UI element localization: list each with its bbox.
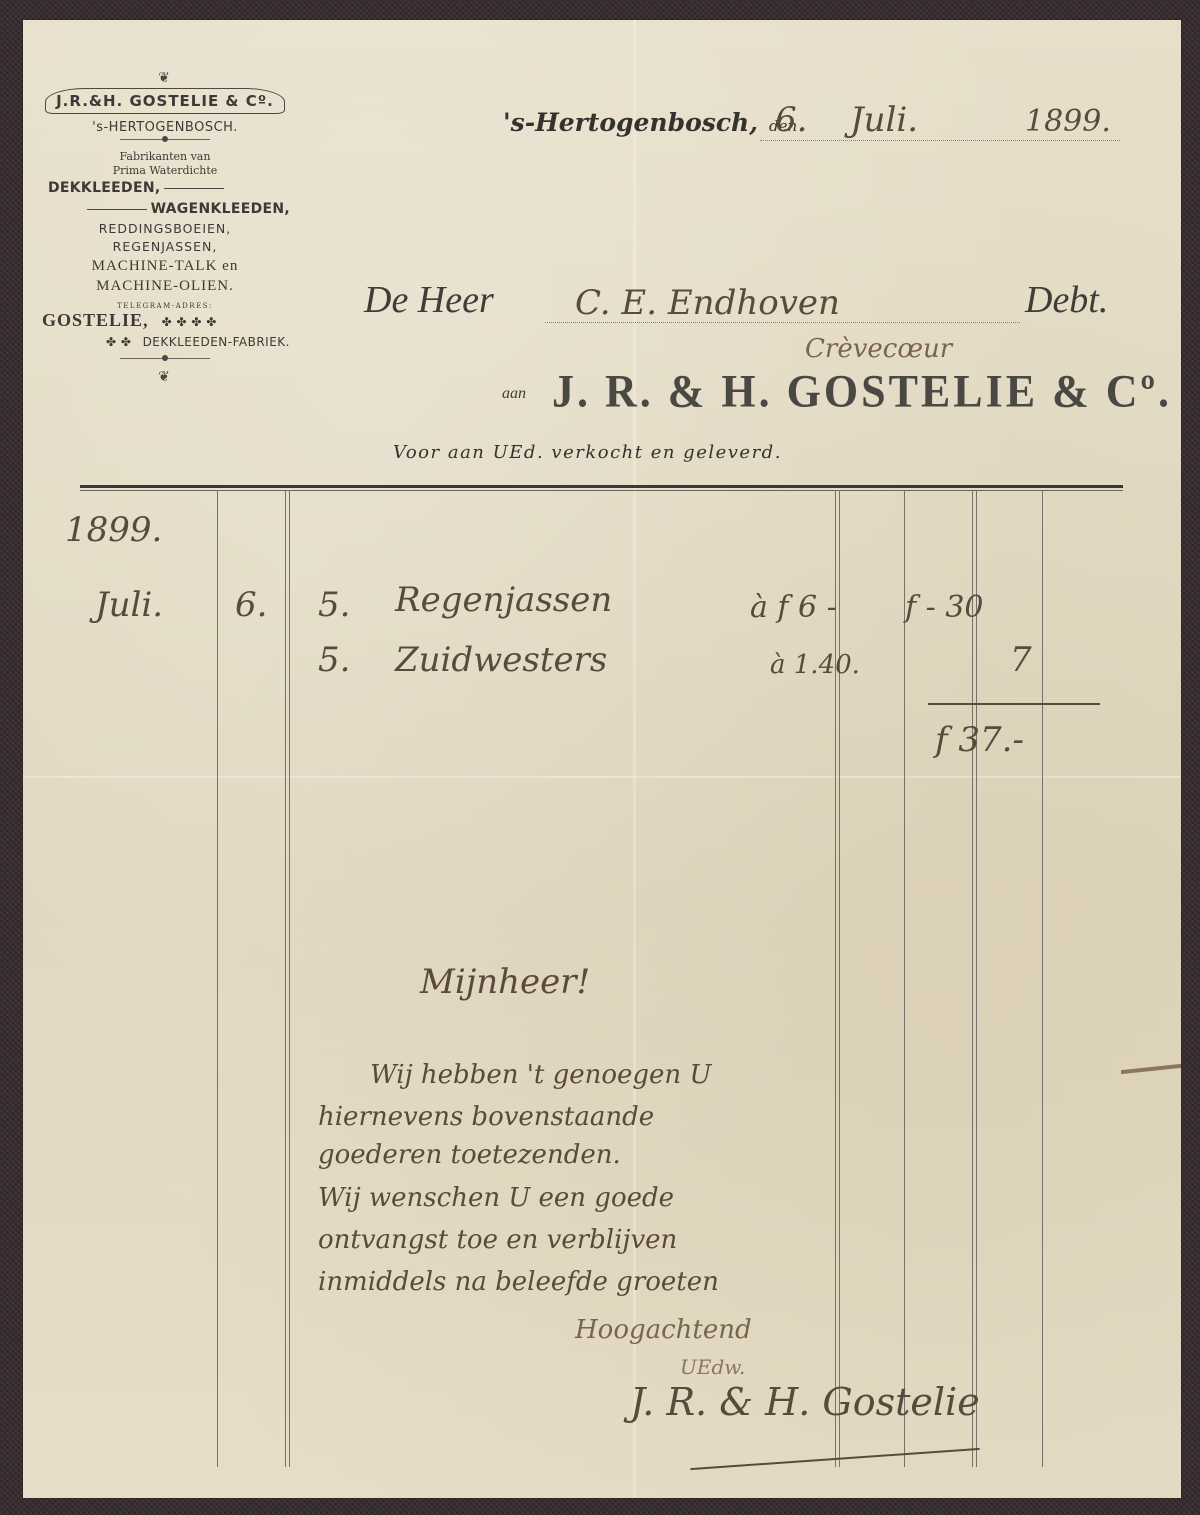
row-unit-price: à f 6 - bbox=[750, 590, 837, 625]
company-city: 's-HERTOGENBOSCH. bbox=[40, 120, 290, 135]
note-line-6: inmiddels na beleefde groeten bbox=[318, 1267, 719, 1297]
product-machine-talk: MACHINE-TALK en bbox=[40, 256, 290, 276]
divider bbox=[120, 358, 210, 365]
row-unit-price: à 1.40. bbox=[770, 650, 860, 680]
column-rule-day-double bbox=[289, 490, 290, 1467]
horizontal-fold-crease bbox=[23, 776, 1181, 778]
flourish-ornament-icon: ❦ bbox=[40, 70, 290, 86]
intro-line-1: Fabrikanten van bbox=[40, 150, 290, 164]
note-line-4: Wij wenschen U een goede bbox=[318, 1183, 674, 1213]
row-quantity: 5. bbox=[318, 585, 350, 625]
note-line-3: goederen toetezenden. bbox=[318, 1140, 621, 1170]
customer-place: Crèvecœur bbox=[805, 334, 952, 364]
note-closing-1: Hoogachtend bbox=[575, 1315, 752, 1345]
ledger-total: f 37.- bbox=[935, 720, 1024, 760]
column-rule-amount-2-double bbox=[976, 490, 977, 1467]
letterhead: ❦ J.R.&H. GOSTELIE & Cº. 's-HERTOGENBOSC… bbox=[40, 70, 290, 385]
row-amount: 7 bbox=[1010, 640, 1032, 680]
column-rule-desc-double bbox=[839, 490, 840, 1467]
product-dekkleeden: DEKKLEEDEN, bbox=[40, 178, 290, 199]
column-rule-day bbox=[285, 490, 286, 1467]
note-line-1: Wij hebben 't genoegen U bbox=[370, 1060, 711, 1090]
note-closing-2: UEdw. bbox=[680, 1355, 745, 1379]
column-rule-amount-2 bbox=[972, 490, 973, 1467]
column-rule-amount-1 bbox=[904, 490, 905, 1467]
column-rule-cents bbox=[1042, 490, 1043, 1467]
salutation-label: De Heer bbox=[364, 278, 494, 322]
flourish-ornament-icon: ❦ bbox=[40, 369, 290, 385]
telegram-name-row: GOSTELIE, ✤ ✤ ✤ ✤ bbox=[40, 310, 290, 331]
product-regenjassen: REGENJASSEN, bbox=[40, 238, 290, 256]
place-name: 's-Hertogenbosch, bbox=[503, 108, 758, 137]
sold-delivered-line: Voor aan UEd. verkocht en geleverd. bbox=[393, 442, 782, 463]
column-rule-desc bbox=[835, 490, 836, 1467]
row-amount: f - 30 bbox=[905, 590, 984, 625]
date-month: Juli. bbox=[850, 100, 918, 140]
quatrefoil-ornament-icon: ✤ ✤ ✤ ✤ bbox=[162, 315, 217, 329]
product-reddingsboeien: REDDINGSBOEIEN, bbox=[40, 220, 290, 238]
customer-name: C. E. Endhoven bbox=[575, 283, 840, 323]
row-description: Regenjassen bbox=[395, 580, 612, 620]
ledger-year: 1899. bbox=[65, 510, 162, 550]
row-description: Zuidwesters bbox=[395, 640, 607, 680]
row-quantity: 5. bbox=[318, 640, 350, 680]
aan-label: aan bbox=[502, 385, 526, 403]
date-dotted-line bbox=[760, 140, 1120, 141]
company-banner: J.R.&H. GOSTELIE & Cº. bbox=[45, 88, 285, 114]
arrow-rule-icon bbox=[164, 188, 224, 189]
column-rule-month bbox=[217, 490, 218, 1467]
debtor-label: Debt. bbox=[1025, 278, 1108, 322]
ledger-month: Juli. bbox=[95, 585, 163, 625]
divider bbox=[120, 139, 210, 146]
intro-line-2: Prima Waterdichte bbox=[40, 164, 290, 178]
date-year: 1899. bbox=[1025, 104, 1111, 139]
date-day: 6. bbox=[775, 100, 807, 140]
firm-name: J. R. & H. GOSTELIE & Cº. bbox=[552, 365, 1172, 419]
product-wagenkleeden: WAGENKLEEDEN, bbox=[40, 199, 290, 220]
quatrefoil-ornament-icon: ✤ ✤ bbox=[106, 335, 131, 349]
note-greeting: Mijnheer! bbox=[420, 962, 590, 1002]
place-date-line: 's-Hertogenbosch, den bbox=[503, 108, 797, 137]
telegram-name: GOSTELIE, bbox=[42, 310, 149, 330]
telegram-line-2: ✤ ✤ DEKKLEEDEN-FABRIEK. bbox=[40, 331, 290, 350]
product-machine-olien: MACHINE-OLIEN. bbox=[40, 276, 290, 296]
ledger-top-rule-thin bbox=[80, 490, 1123, 491]
note-line-2: hiernevens bovenstaande bbox=[318, 1102, 654, 1132]
ledger-top-rule bbox=[80, 485, 1123, 488]
telegram-label: TELEGRAM-ADRES: bbox=[40, 302, 290, 310]
signature: J. R. & H. Gostelie bbox=[630, 1380, 980, 1424]
note-line-5: ontvangst toe en verblijven bbox=[318, 1225, 677, 1255]
paper-tear bbox=[1121, 1064, 1181, 1074]
ledger-day: 6. bbox=[235, 585, 267, 625]
total-underline bbox=[928, 703, 1100, 705]
arrow-rule-icon bbox=[87, 209, 147, 210]
